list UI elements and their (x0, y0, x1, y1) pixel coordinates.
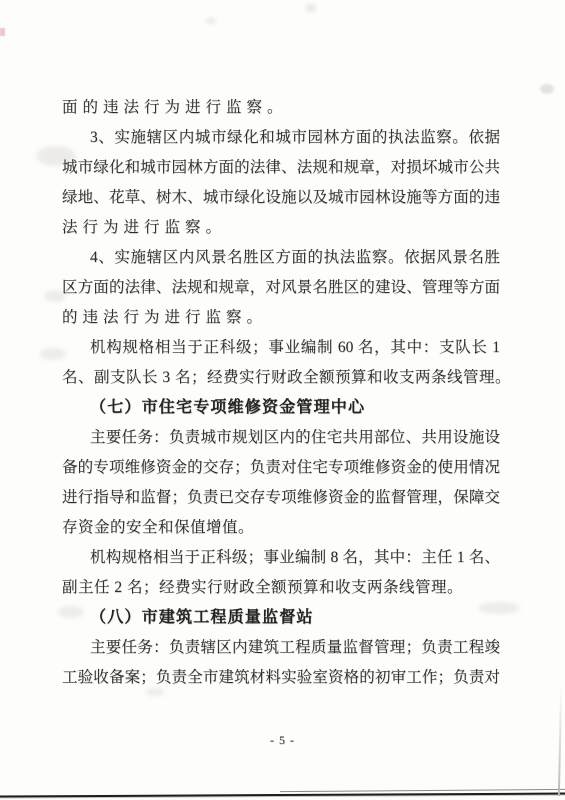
text-line: 副主任 2 名；经费实行财政全额预算和收支两条线管理。 (62, 573, 500, 603)
text-line: 3、实施辖区内城市绿化和城市园林方面的执法监察。依据 (62, 123, 500, 153)
text-line: 进行指导和监督；负责已交存专项维修资金的监督管理，保障交 (62, 483, 500, 513)
section-heading: （八）市建筑工程质量监督站 (62, 603, 500, 633)
text-line: 法行为进行监察。 (62, 213, 500, 243)
scan-page-bottom-edge-2 (280, 789, 565, 792)
text-line: 名、副支队长 3 名；经费实行财政全额预算和收支两条线管理。 (62, 363, 500, 393)
scan-smudge (478, 602, 520, 614)
text-line: 的违法行为进行监察。 (62, 303, 500, 333)
text-line: 区方面的法律、法规和规章，对风景名胜区的建设、管理等方面 (62, 273, 500, 303)
scan-smudge (306, 4, 316, 12)
text-line: 主要任务：负责辖区内建筑工程质量监督管理；负责工程竣 (62, 633, 500, 663)
scan-smudge (540, 84, 554, 94)
scan-smudge (146, 688, 164, 696)
text-line: 工验收备案；负责全市建筑材料实验室资格的初审工作；负责对 (62, 663, 500, 693)
text-line: 机构规格相当于正科级；事业编制 8 名，其中：主任 1 名、 (62, 543, 500, 573)
document-body-text: 面的违法行为进行监察。 3、实施辖区内城市绿化和城市园林方面的执法监察。依据 城… (62, 93, 500, 693)
scan-smudge (36, 146, 76, 166)
text-line: 机构规格相当于正科级；事业编制 60 名，其中：支队长 1 (62, 333, 500, 363)
page-number: - 5 - (0, 733, 565, 748)
text-line: 备的专项维修资金的交存；负责对住宅专项维修资金的使用情况 (62, 453, 500, 483)
text-line: 城市绿化和城市园林方面的法律、法规和规章，对损坏城市公共 (62, 153, 500, 183)
scan-red-speck (0, 28, 5, 36)
scan-smudge (44, 290, 66, 302)
text-line: 主要任务：负责城市规划区内的住宅共用部位、共用设施设 (62, 423, 500, 453)
scan-smudge (206, 18, 216, 24)
scan-smudge (40, 348, 66, 360)
text-line: 存资金的安全和保值增值。 (62, 513, 500, 543)
text-line: 4、实施辖区内风景名胜区方面的执法监察。依据风景名胜 (62, 243, 500, 273)
scan-smudge (58, 606, 84, 618)
text-line: 面的违法行为进行监察。 (62, 93, 500, 123)
scan-page-bottom-edge (0, 792, 565, 797)
scanned-document-page: 面的违法行为进行监察。 3、实施辖区内城市绿化和城市园林方面的执法监察。依据 城… (0, 0, 565, 800)
text-line: 绿地、花草、树木、城市绿化设施以及城市园林设施等方面的违 (62, 183, 500, 213)
section-heading: （七）市住宅专项维修资金管理中心 (62, 393, 500, 423)
